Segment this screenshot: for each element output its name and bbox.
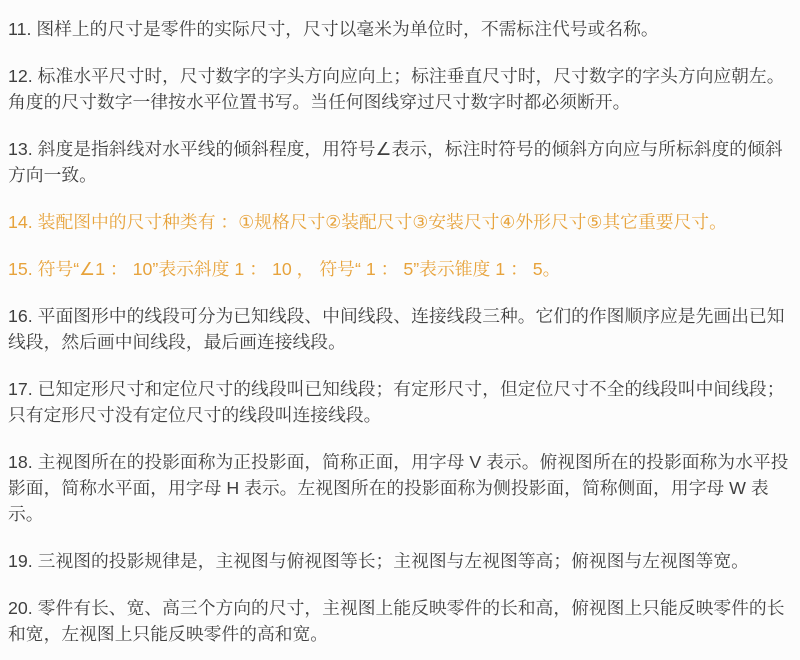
note-item-16: 16. 平面图形中的线段可分为已知线段、中间线段、连接线段三种。它们的作图顺序应… <box>8 303 791 355</box>
note-item-18: 18. 主视图所在的投影面称为正投影面，简称正面，用字母 V 表示。俯视图所在的… <box>8 449 791 527</box>
note-item-13: 13. 斜度是指斜线对水平线的倾斜程度，用符号∠表示，标注时符号的倾斜方向应与所… <box>8 136 791 188</box>
note-item-11: 11. 图样上的尺寸是零件的实际尺寸，尺寸以毫米为单位时，不需标注代号或名称。 <box>8 16 791 42</box>
note-item-17: 17. 已知定形尺寸和定位尺寸的线段叫已知线段；有定形尺寸，但定位尺寸不全的线段… <box>8 376 791 428</box>
note-item-15-highlighted: 15. 符号“∠1 ： 10”表示斜度 1 ： 10 ， 符号“ 1 ： 5”表… <box>8 256 791 282</box>
note-item-14-highlighted: 14. 装配图中的尺寸种类有 ：①规格尺寸②装配尺寸③安装尺寸④外形尺寸⑤其它重… <box>8 209 791 235</box>
note-item-12: 12. 标准水平尺寸时，尺寸数字的字头方向应向上；标注垂直尺寸时，尺寸数字的字头… <box>8 63 791 115</box>
note-item-19: 19. 三视图的投影规律是，主视图与俯视图等长；主视图与左视图等高；俯视图与左视… <box>8 548 791 574</box>
note-item-20: 20. 零件有长、宽、高三个方向的尺寸，主视图上能反映零件的长和高，俯视图上只能… <box>8 595 791 647</box>
notes-page: 11. 图样上的尺寸是零件的实际尺寸，尺寸以毫米为单位时，不需标注代号或名称。 … <box>0 0 800 647</box>
